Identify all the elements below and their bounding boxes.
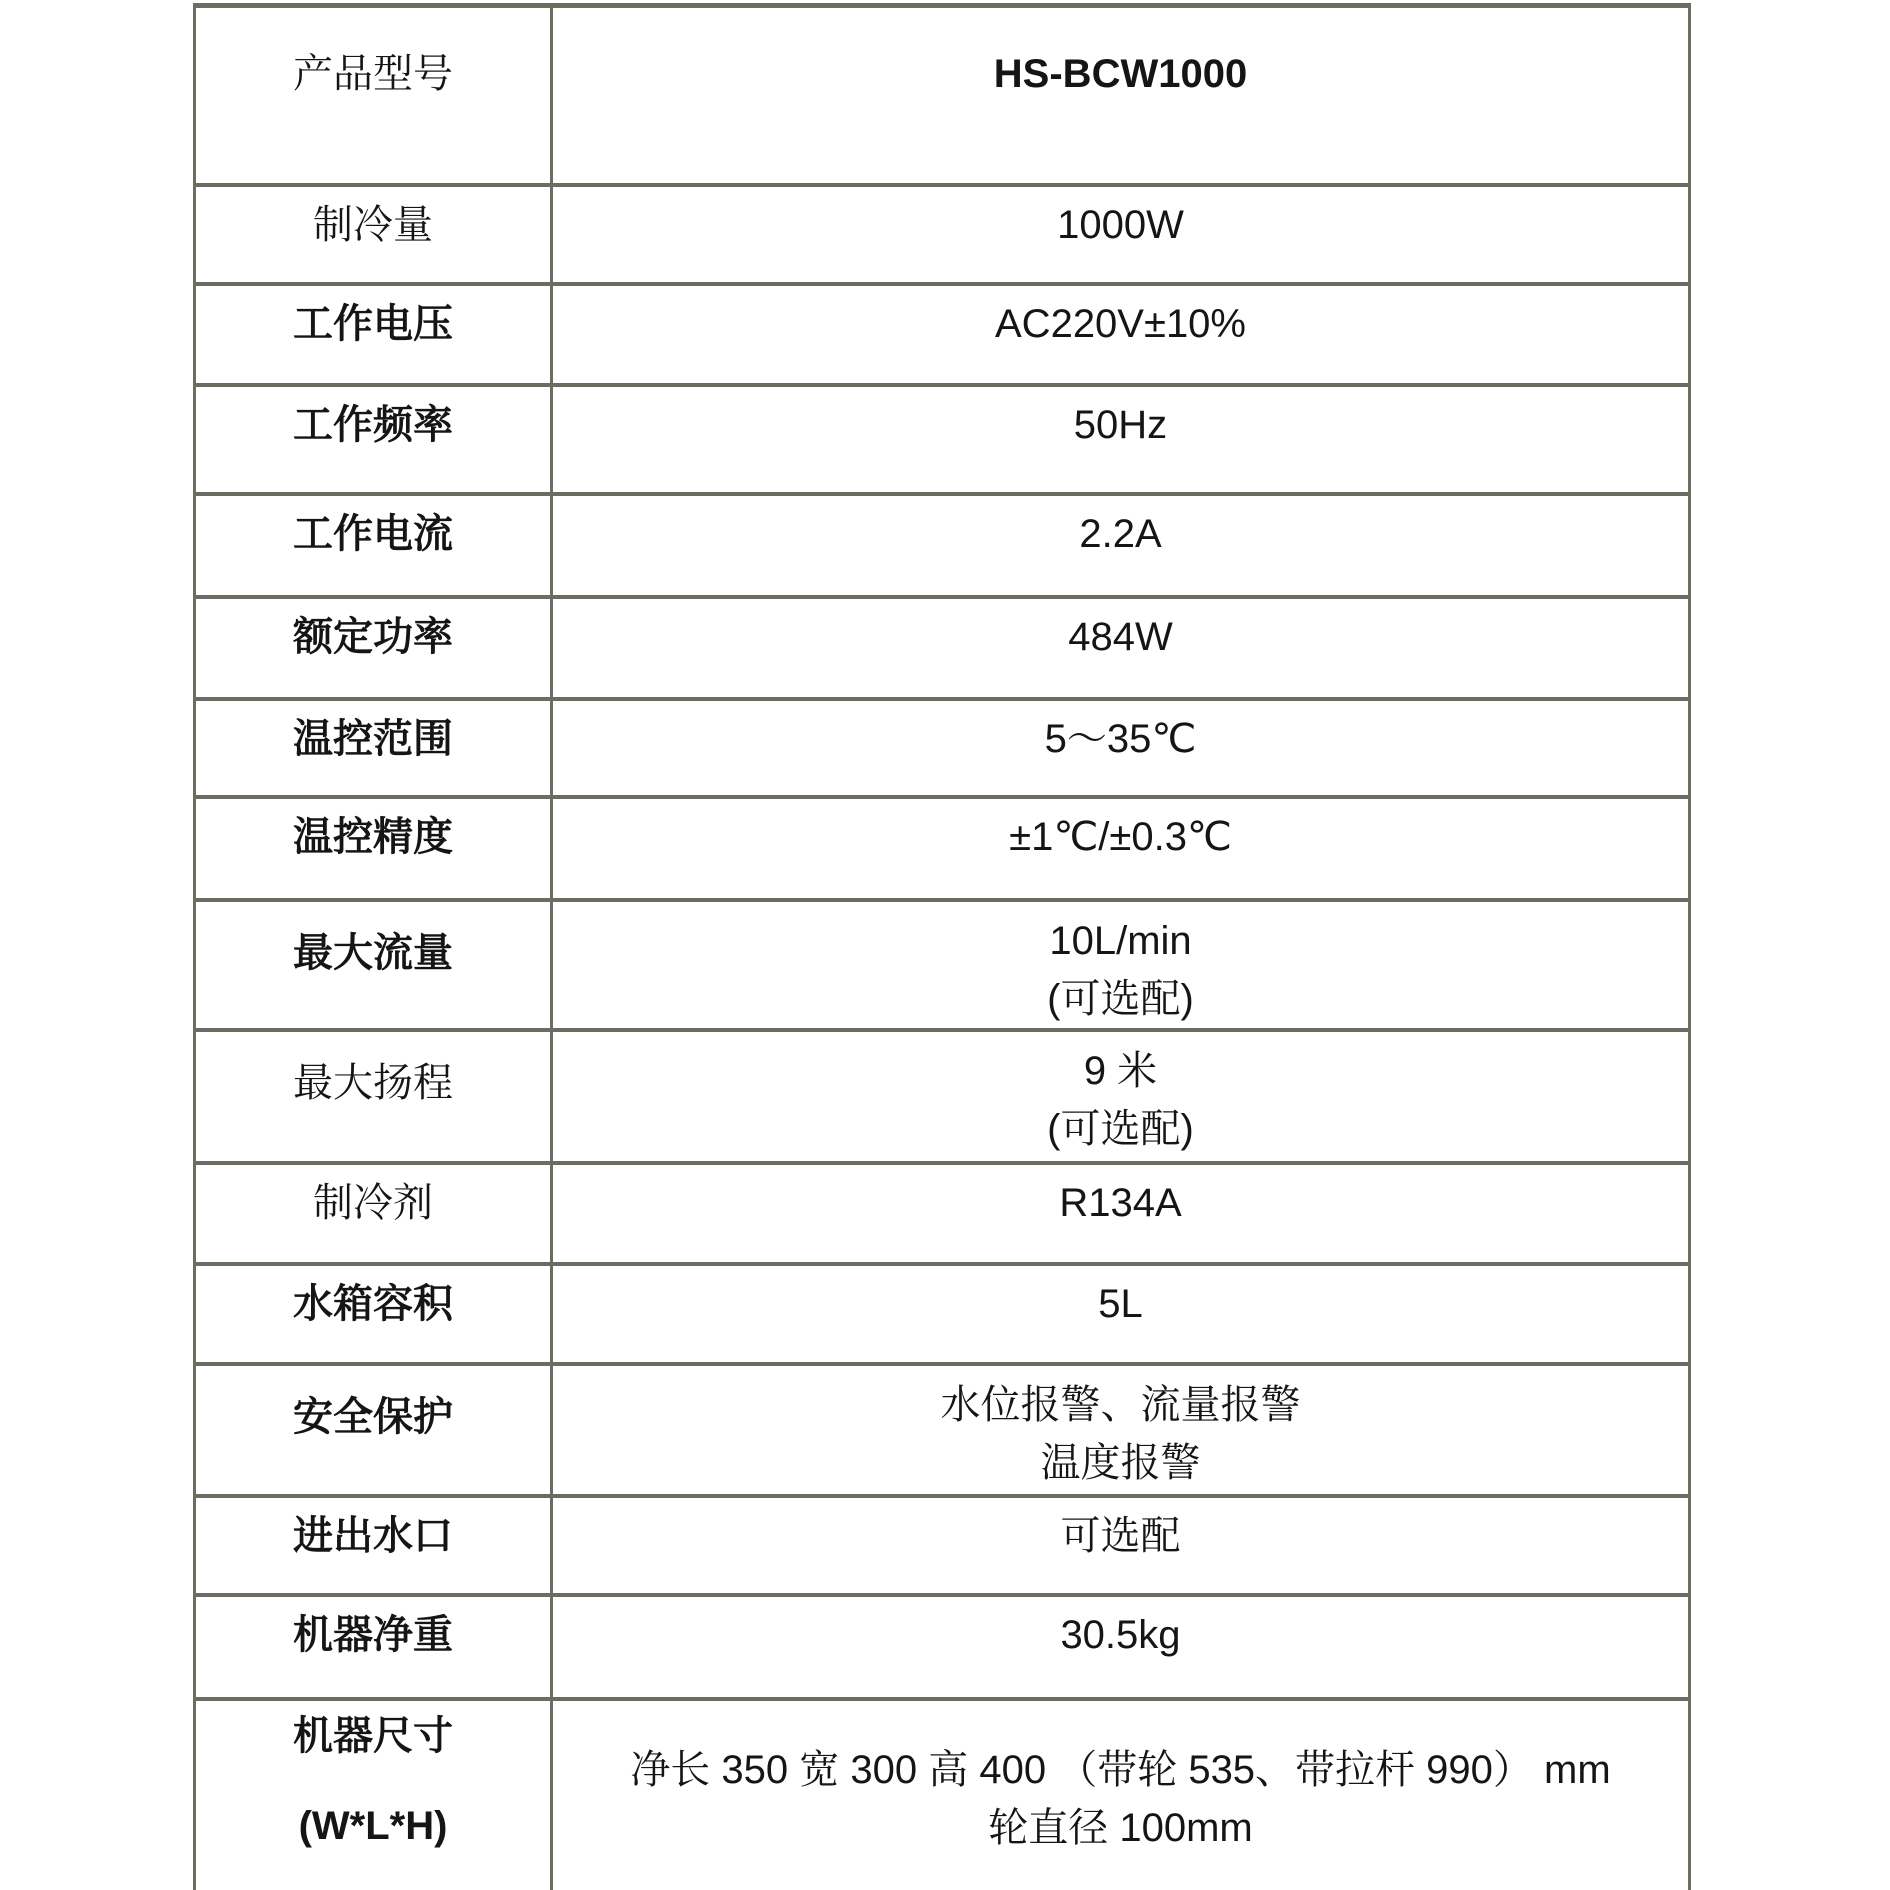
spec-value-cell: R134A bbox=[553, 1165, 1688, 1262]
spec-value-cell: 5L bbox=[553, 1266, 1688, 1362]
table-row: 进出水口可选配 bbox=[196, 1494, 1688, 1593]
table-row: 温控精度±1℃/±0.3℃ bbox=[196, 795, 1688, 898]
table-row: 工作电压AC220V±10% bbox=[196, 282, 1688, 383]
table-row: 水箱容积5L bbox=[196, 1262, 1688, 1362]
spec-value-cell: 水位报警、流量报警 温度报警 bbox=[553, 1366, 1688, 1494]
spec-value-cell: AC220V±10% bbox=[553, 286, 1688, 383]
spec-value-cell: 净长 350 宽 300 高 400 （带轮 535、带拉杆 990） mm 轮… bbox=[553, 1701, 1688, 1890]
spec-label-subtext: (W*L*H) bbox=[196, 1799, 550, 1854]
spec-value-cell: HS-BCW1000 bbox=[553, 8, 1688, 183]
table-row: 机器尺寸(W*L*H)净长 350 宽 300 高 400 （带轮 535、带拉… bbox=[196, 1697, 1688, 1890]
spec-value-cell: 5～35℃ bbox=[553, 701, 1688, 795]
product-spec-table: 产品型号HS-BCW1000制冷量1000W工作电压AC220V±10%工作频率… bbox=[193, 3, 1691, 1890]
table-row: 机器净重30.5kg bbox=[196, 1593, 1688, 1697]
spec-label-cell: 工作电流 bbox=[196, 496, 553, 595]
spec-label-cell: 机器尺寸(W*L*H) bbox=[196, 1701, 553, 1890]
spec-value-cell: 2.2A bbox=[553, 496, 1688, 595]
table-row: 产品型号HS-BCW1000 bbox=[196, 8, 1688, 183]
spec-label-cell: 安全保护 bbox=[196, 1366, 553, 1494]
spec-label-cell: 工作电压 bbox=[196, 286, 553, 383]
spec-value-cell: 9 米 (可选配) bbox=[553, 1032, 1688, 1161]
table-row: 最大流量10L/min (可选配) bbox=[196, 898, 1688, 1028]
spec-value-cell: 10L/min (可选配) bbox=[553, 902, 1688, 1028]
spec-label-cell: 温控精度 bbox=[196, 799, 553, 898]
spec-label-cell: 最大流量 bbox=[196, 902, 553, 1028]
table-row: 制冷剂R134A bbox=[196, 1161, 1688, 1262]
spec-label-cell: 额定功率 bbox=[196, 599, 553, 697]
table-row: 工作频率50Hz bbox=[196, 383, 1688, 492]
spec-label-cell: 温控范围 bbox=[196, 701, 553, 795]
spec-value-cell: 484W bbox=[553, 599, 1688, 697]
spec-label-cell: 制冷剂 bbox=[196, 1165, 553, 1262]
spec-label-cell: 进出水口 bbox=[196, 1498, 553, 1593]
table-row: 工作电流2.2A bbox=[196, 492, 1688, 595]
spec-value-cell: ±1℃/±0.3℃ bbox=[553, 799, 1688, 898]
table-row: 温控范围5～35℃ bbox=[196, 697, 1688, 795]
spec-value-cell: 可选配 bbox=[553, 1498, 1688, 1593]
spec-value-cell: 50Hz bbox=[553, 387, 1688, 492]
spec-label-cell: 机器净重 bbox=[196, 1597, 553, 1697]
table-row: 制冷量1000W bbox=[196, 183, 1688, 282]
table-row: 最大扬程9 米 (可选配) bbox=[196, 1028, 1688, 1161]
spec-value-cell: 1000W bbox=[553, 187, 1688, 282]
spec-label-cell: 最大扬程 bbox=[196, 1032, 553, 1161]
spec-value-cell: 30.5kg bbox=[553, 1597, 1688, 1697]
spec-label-cell: 工作频率 bbox=[196, 387, 553, 492]
table-row: 额定功率484W bbox=[196, 595, 1688, 697]
table-row: 安全保护水位报警、流量报警 温度报警 bbox=[196, 1362, 1688, 1494]
spec-label-cell: 水箱容积 bbox=[196, 1266, 553, 1362]
spec-label-cell: 制冷量 bbox=[196, 187, 553, 282]
spec-label-cell: 产品型号 bbox=[196, 8, 553, 183]
